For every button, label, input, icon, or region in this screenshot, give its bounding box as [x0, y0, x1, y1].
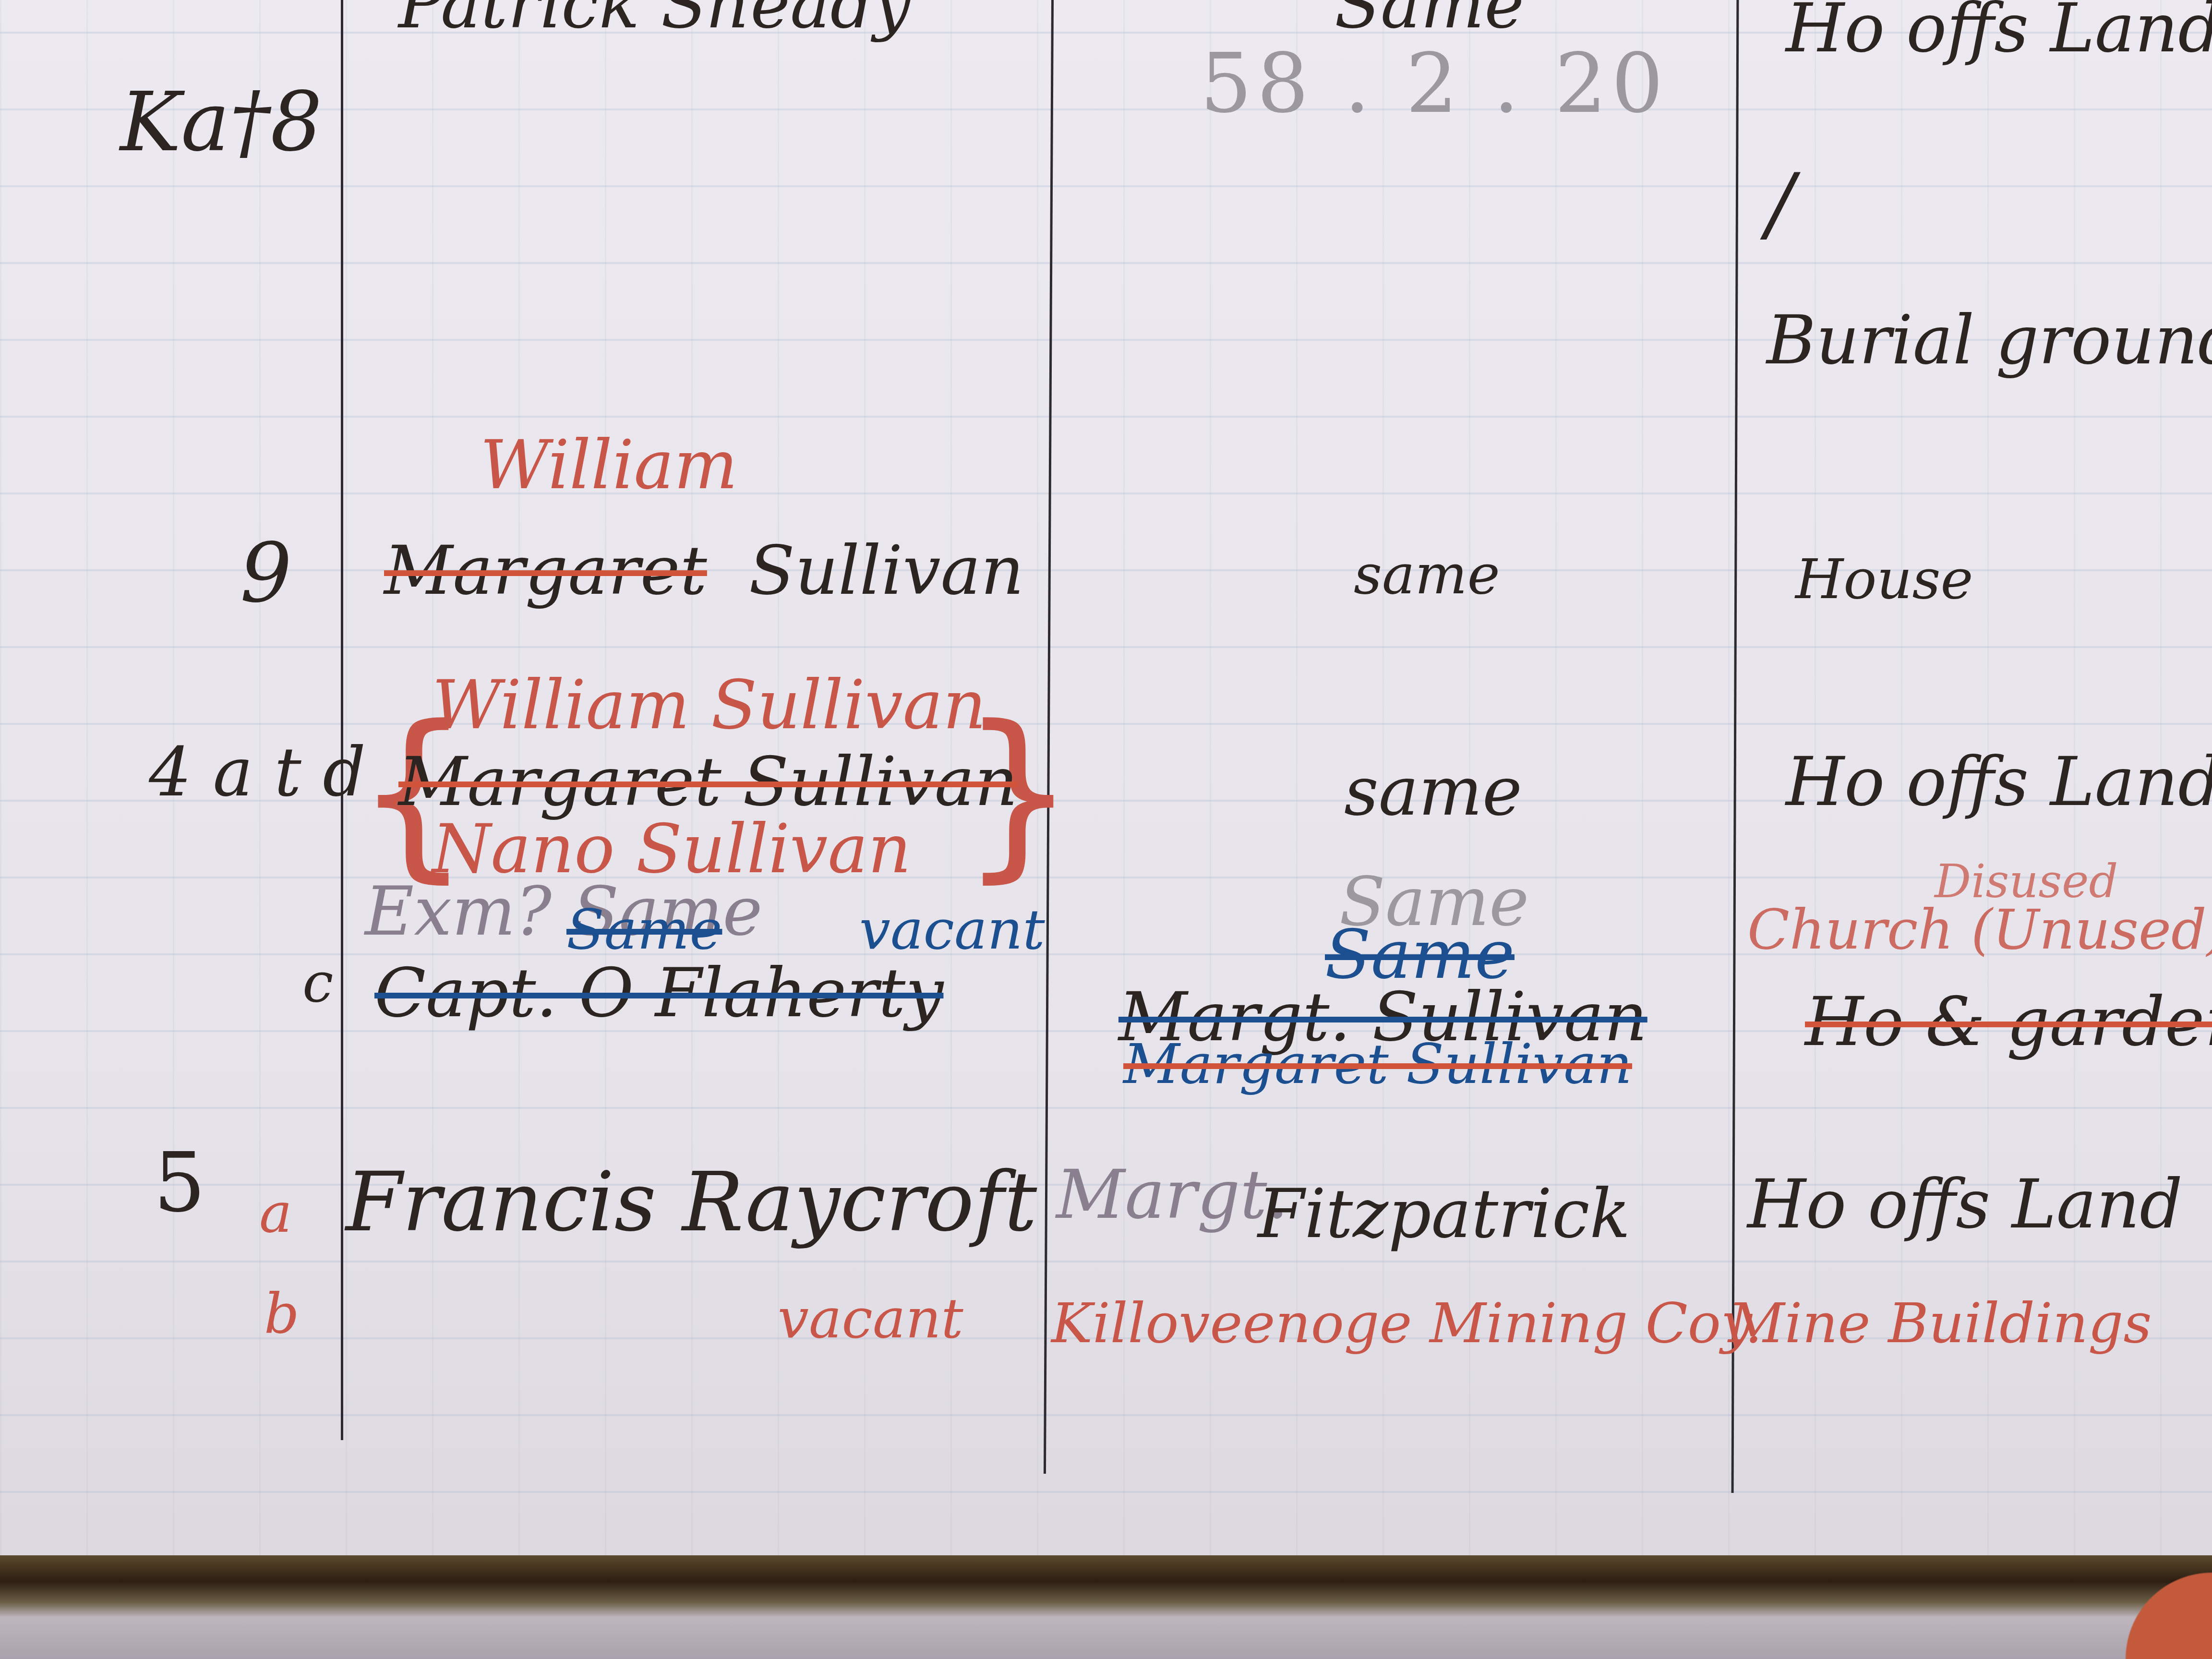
row4-sub-a: a	[259, 1186, 292, 1241]
row2-lessor: same	[1344, 758, 1522, 826]
row1-occupier-surname: Sullivan	[749, 538, 1024, 605]
row0-occupier: Patrick Sheady	[398, 0, 911, 38]
row3-description-red: Church (Unused)	[1747, 902, 2212, 958]
row1-occupier-correction: William	[480, 432, 738, 499]
row2-ref: 4 a t d	[149, 739, 366, 806]
row3-lessor-struck-2: Margaret Sullivan	[1123, 1037, 1632, 1092]
row1-occupier-struck: Margaret	[384, 538, 707, 605]
column-rule-3	[1731, 0, 1739, 1493]
row4-sub-b: b	[264, 1286, 300, 1342]
row4-ref: 5	[154, 1142, 205, 1224]
row4-lessor-surname: Fitzpatrick	[1258, 1181, 1630, 1248]
row0-lessor-pencil: 58 . 2 . 20	[1200, 43, 1668, 125]
row0-description: Ho offs Land	[1786, 0, 2212, 62]
row3-occupier-vacant: vacant	[859, 902, 1045, 958]
book-page-edge	[0, 1555, 2212, 1659]
row2-occupier-line1: William Sullivan	[432, 672, 986, 739]
column-rule-1	[341, 0, 343, 1440]
row3-occupier-struck: Capt. O Flaherty	[374, 960, 943, 1027]
row4-occupier: Francis Raycroft	[346, 1162, 1037, 1243]
row0-description-mark: /	[1767, 163, 1794, 245]
row0-description-burial: Burial ground	[1767, 307, 2212, 374]
row1-description: House	[1795, 552, 1973, 607]
row3-ref: c	[302, 955, 333, 1010]
row0-lessor: Same	[1334, 0, 1524, 38]
row2-description: Ho offs Land	[1786, 749, 2212, 816]
row4-lessor-first: Margt.	[1056, 1162, 1288, 1229]
row0-ref: Ka†8	[120, 82, 323, 163]
row1-lessor: same	[1354, 547, 1500, 602]
row3-occupier-blue-struck: Same	[566, 902, 722, 958]
ledger-page: Ka†8 Patrick Sheady Same 58 . 2 . 20 Ho …	[0, 0, 2212, 1570]
row1-ref: 9	[240, 533, 292, 614]
row4-description-red: Mine Buildings	[1728, 1296, 2152, 1351]
row4-lessor-red: Killoveenoge Mining Coy.	[1051, 1296, 1762, 1351]
row3-description-struck: Ho & garden	[1805, 989, 2212, 1056]
row3-description-red-note: Disused	[1935, 859, 2118, 905]
row2-occupier-line2: Margaret Sullivan	[398, 749, 1018, 816]
binding-corner	[2106, 1563, 2212, 1659]
row4-occupier-note: vacant	[778, 1291, 963, 1346]
row4-description: Ho offs Land	[1747, 1171, 2183, 1238]
